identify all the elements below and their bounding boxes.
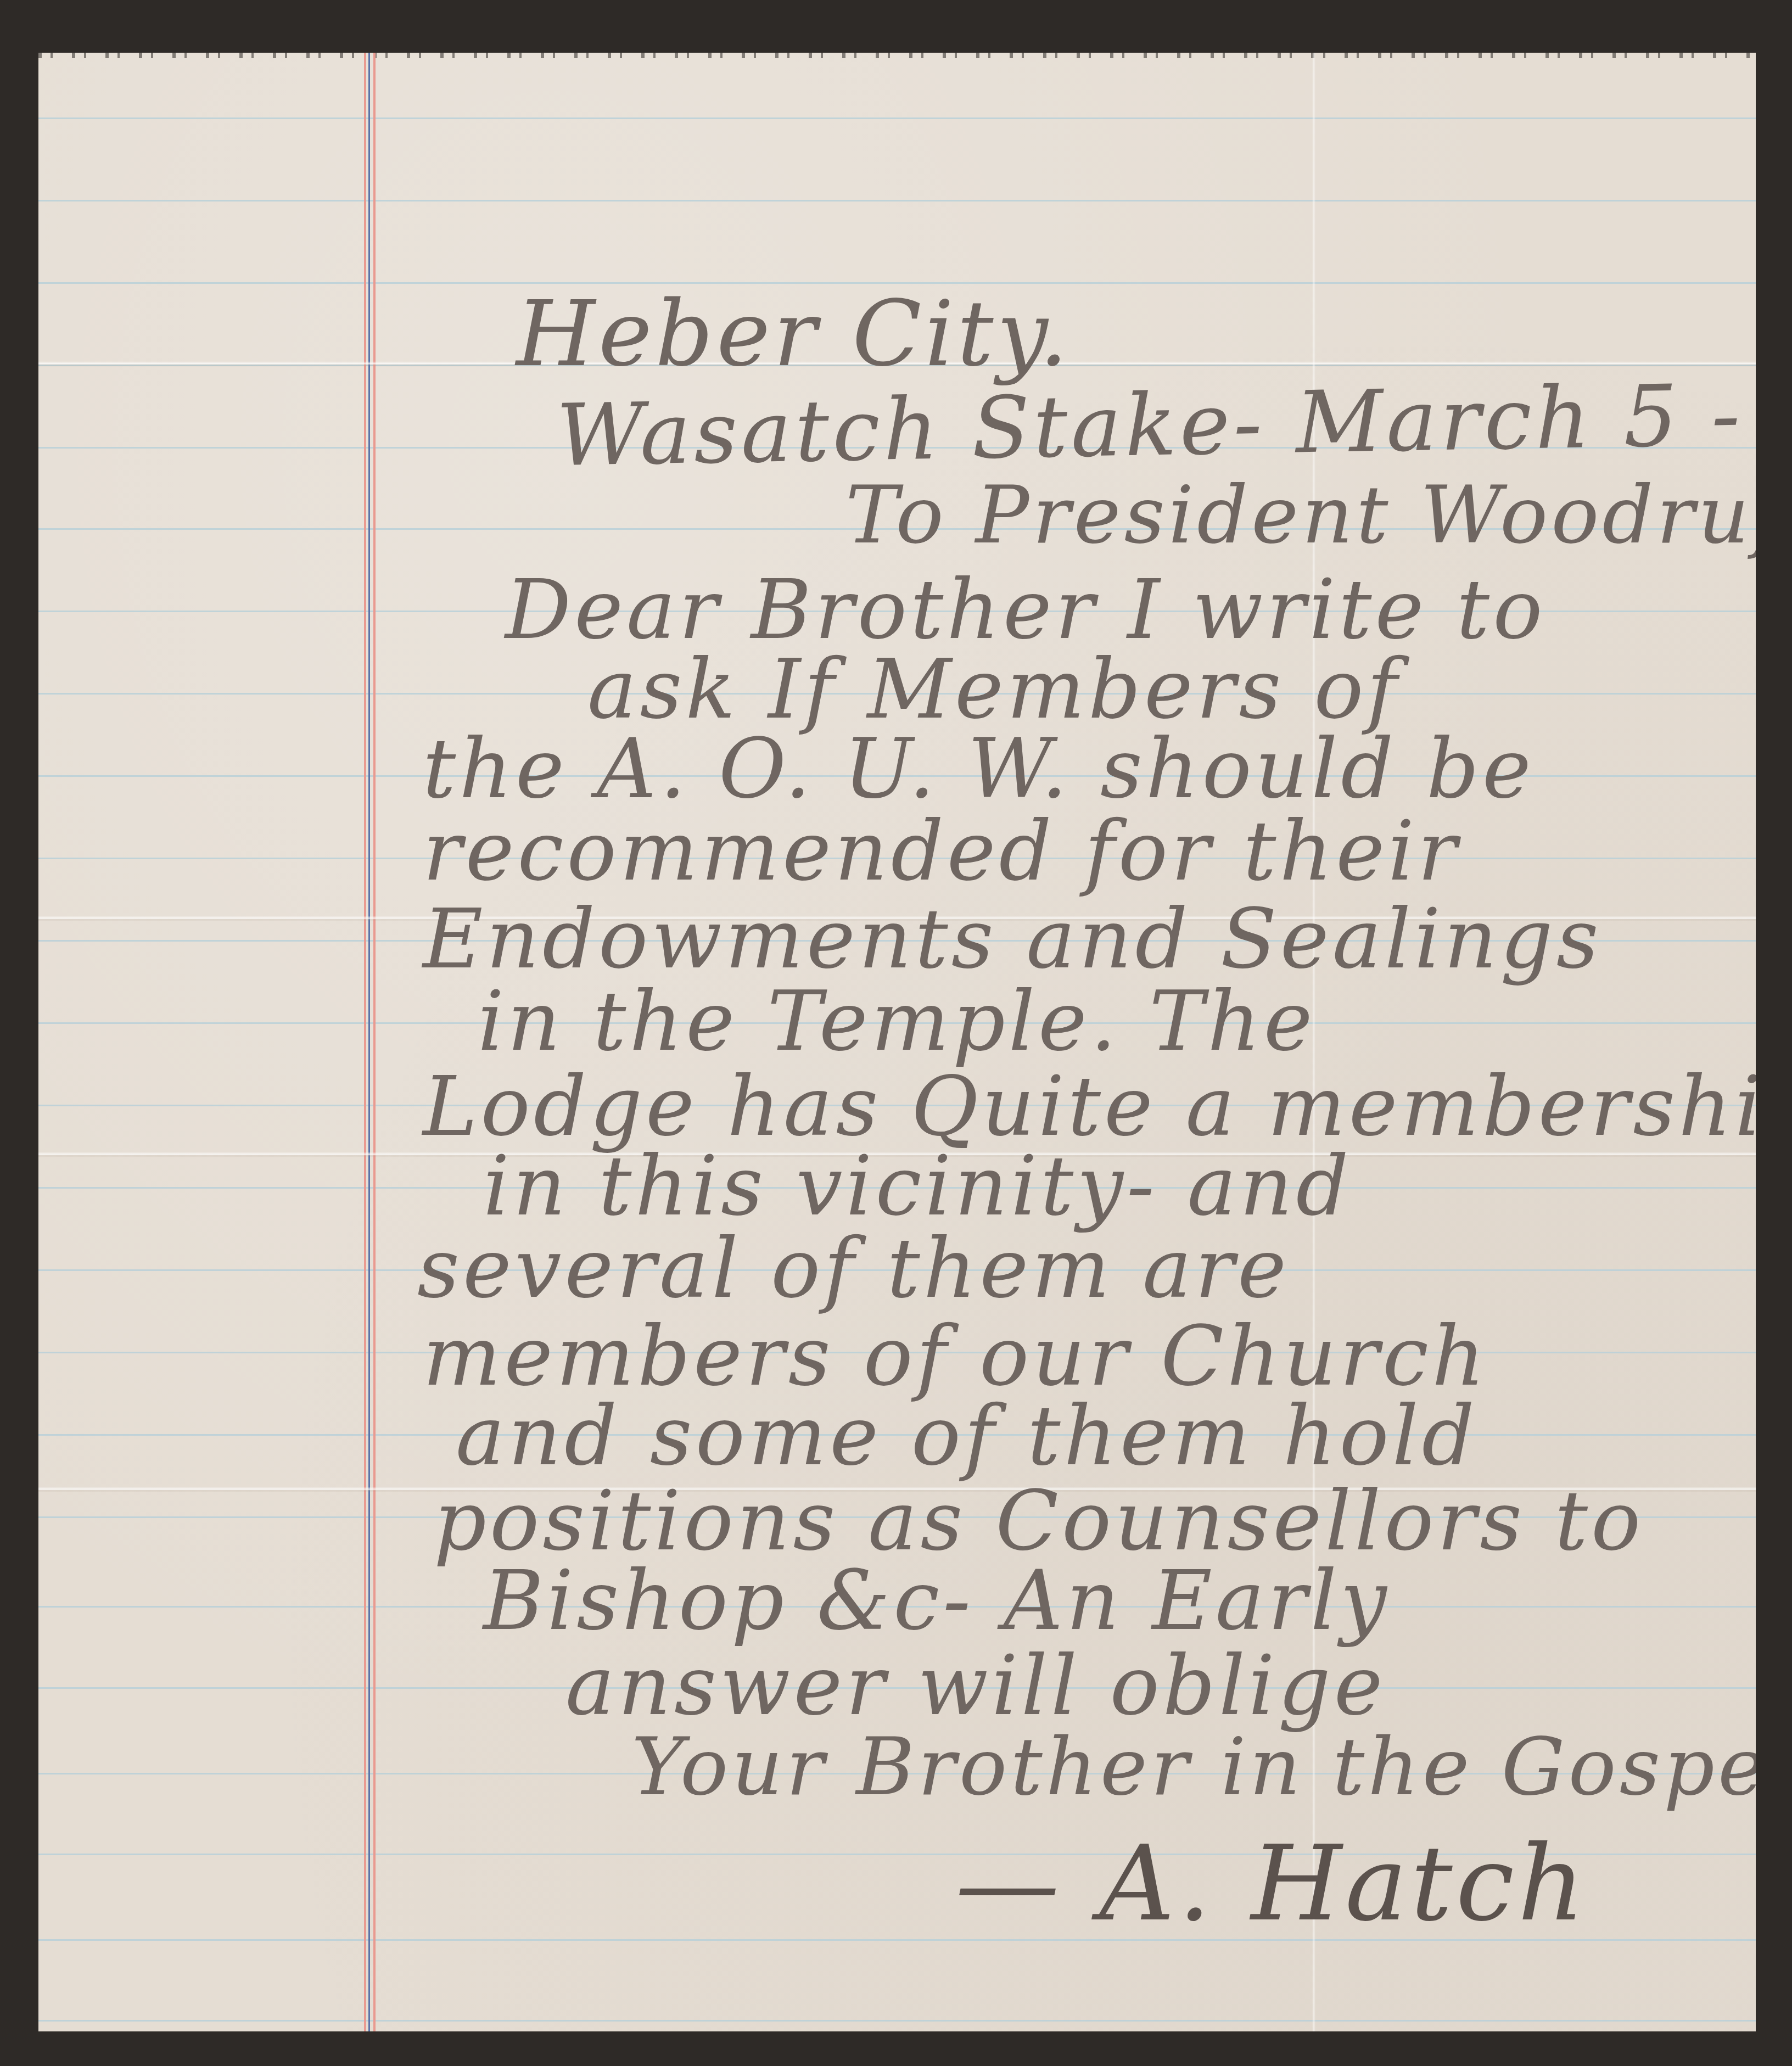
body-line: ask If Members of [587, 648, 1401, 731]
margin-line-red-right [373, 53, 376, 2031]
body-line: members of our Church [423, 1315, 1488, 1398]
letter-addressee: To President Woodruff [845, 475, 1756, 555]
letter-place: Heber City. [516, 289, 1071, 379]
torn-top-edge [38, 53, 1756, 58]
ruled-line [38, 117, 1756, 119]
body-line: in this vicinity- and [483, 1145, 1352, 1228]
body-line: Lodge has Quite a membership [423, 1066, 1756, 1148]
letter-signature: — A. Hatch [955, 1832, 1588, 1936]
body-line: the A. O. U. W. should be [423, 728, 1535, 810]
ruled-line [38, 2020, 1756, 2022]
margin-line-blue [368, 53, 370, 2031]
body-line: Dear Brother I write to [505, 569, 1545, 651]
letter-stake-date: Wasatch Stake- March 5 - 1894 [556, 368, 1756, 478]
body-line: and some of them hold [456, 1395, 1478, 1477]
body-line: Bishop &c- An Early [483, 1560, 1390, 1642]
body-line: in the Temple. The [478, 981, 1316, 1063]
letter-closing: Your Brother in the Gospel [631, 1727, 1756, 1807]
body-line: Endowments and Sealings [423, 898, 1602, 981]
body-line: answer will oblige [565, 1645, 1386, 1727]
letter-paper: Heber City. Wasatch Stake- March 5 - 189… [38, 53, 1756, 2031]
ruled-line [38, 200, 1756, 201]
margin-line-red-left [364, 53, 366, 2031]
body-line: positions as Counsellors to [434, 1480, 1644, 1563]
body-line: several of them are [417, 1228, 1290, 1310]
body-line: recommended for their [423, 810, 1460, 893]
